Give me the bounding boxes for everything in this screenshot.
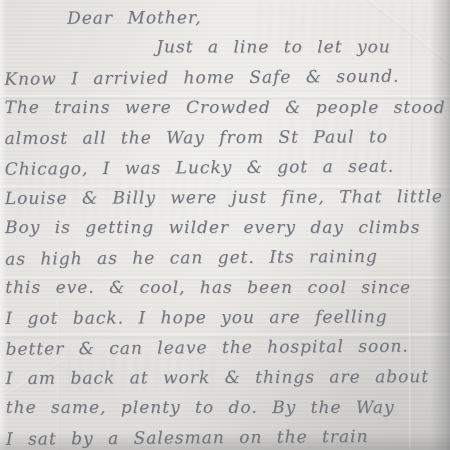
letter-line: Chicago, I was Lucky & got a seat. (5, 151, 448, 184)
letter-line: The trains were Crowded & people stood (4, 93, 447, 123)
letter-line: I got back. I hope you are feelling (5, 302, 448, 334)
letter-line: as high as he can get. Its raining (5, 241, 448, 274)
letter-body: Dear Mother, Just a line to let you Know… (4, 2, 449, 450)
letter-line: almost all the Way from St Paul to (5, 122, 448, 154)
letter-line: Just a line to let you (156, 33, 447, 63)
letter-line: I am back at work & things are about (6, 362, 449, 394)
letter-line: the same, plenty to do. By the Way (6, 393, 449, 423)
letter-line: better & can leave the hospital soon. (5, 331, 448, 364)
letter-paper: Dear Mother, Just a line to let you Know… (0, 0, 450, 450)
letter-line: Boy is getting wilder every day climbs (5, 213, 448, 243)
letter-line: I sat by a Salesman on the train (6, 421, 449, 450)
letter-line: Louise & Billy were just fine, That litt… (5, 182, 448, 214)
salutation-line: Dear Mother, (67, 2, 447, 34)
letter-line: Know I arrivied home Safe & sound. (4, 61, 447, 94)
letter-line: this eve. & cool, has been cool since (5, 273, 448, 303)
